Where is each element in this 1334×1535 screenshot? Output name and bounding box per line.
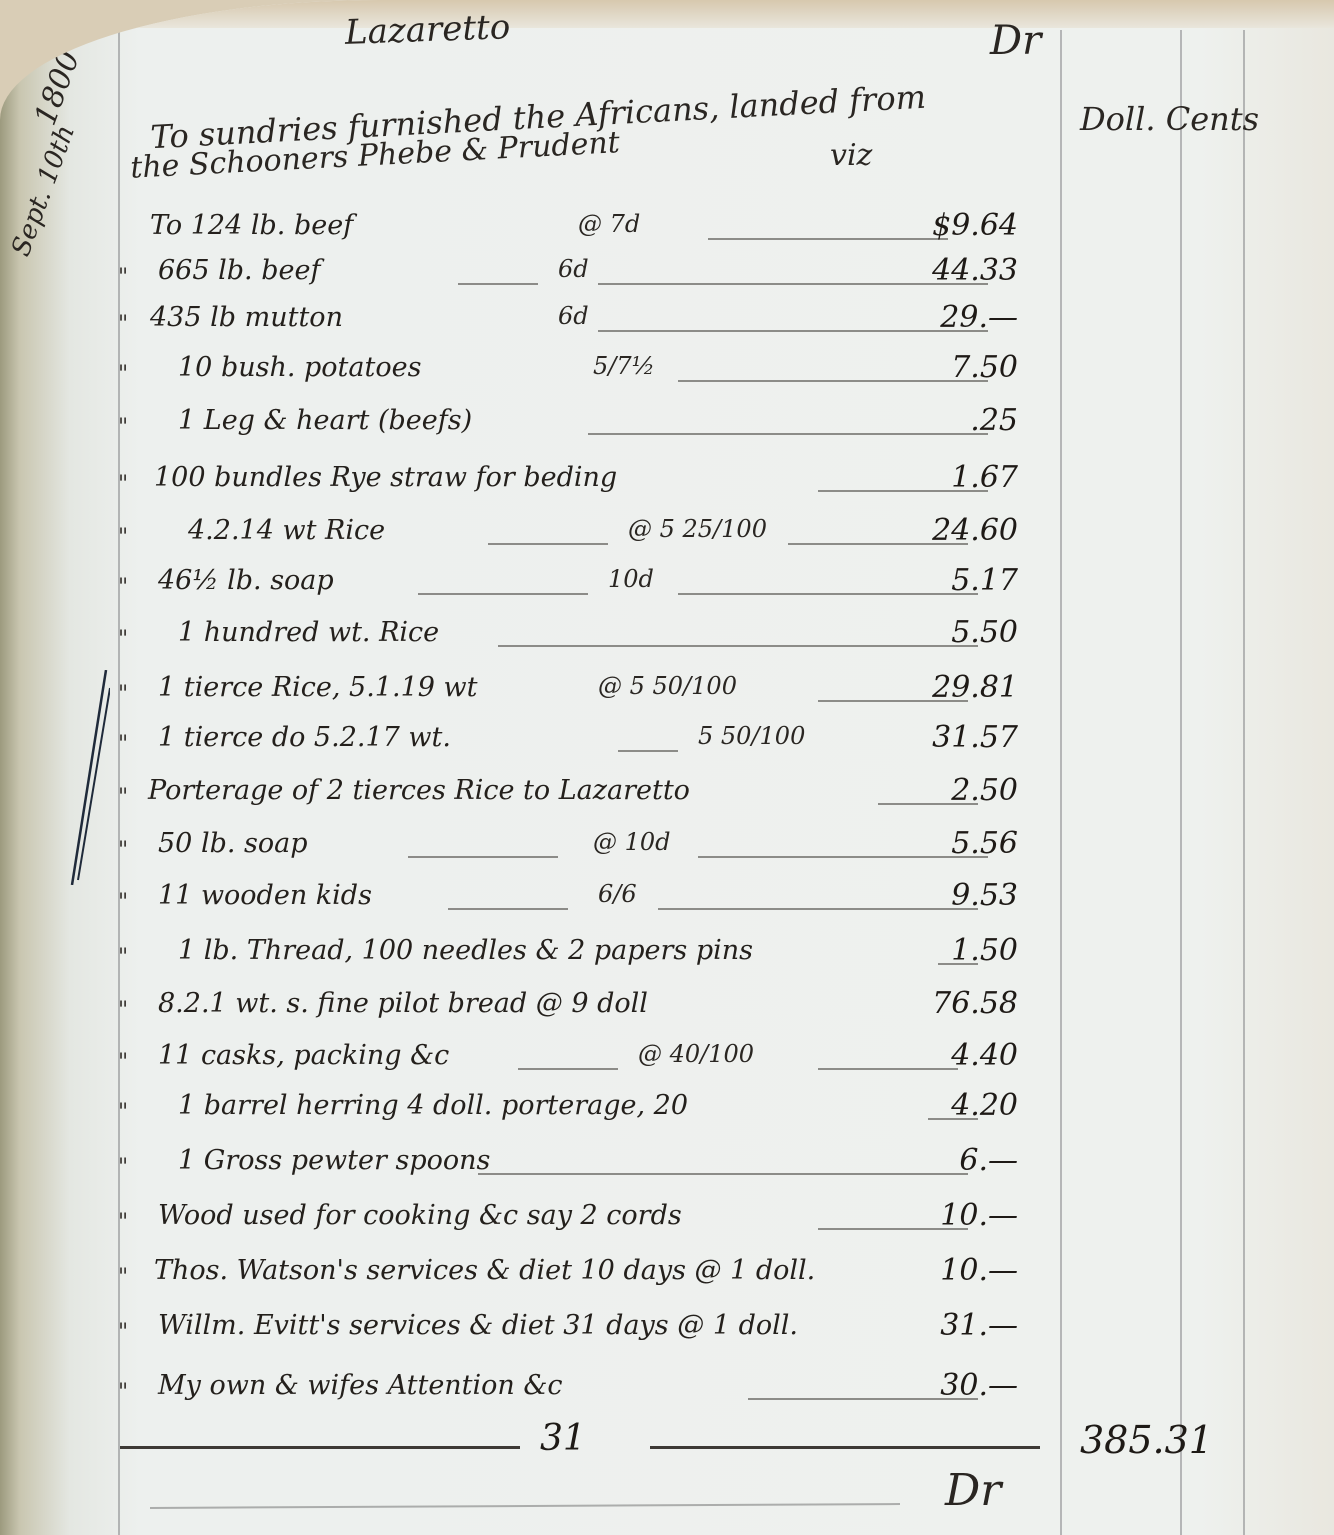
leader-line — [408, 856, 558, 858]
item-amount: 24.60 — [932, 513, 1018, 548]
ditto-mark: " — [118, 998, 128, 1023]
ledger-row: " Willm. Evitt's services & diet 31 days… — [118, 1310, 1048, 1350]
item-rate: @ 5 25/100 — [628, 515, 767, 543]
ditto-mark: " — [118, 1155, 128, 1180]
ledger-row: " 4.2.14 wt Rice @ 5 25/100 24.60 — [118, 515, 1048, 555]
next-entry-marker: Dr — [945, 1465, 1001, 1516]
leader-line — [458, 283, 538, 285]
entry-date: Sept. 10th — [6, 121, 81, 260]
item-rate: 6d — [558, 302, 589, 330]
ledger-row: " Porterage of 2 tierces Rice to Lazaret… — [118, 775, 1048, 815]
ledger-row: " 1 Gross pewter spoons 6.— — [118, 1145, 1048, 1185]
leader-line — [618, 750, 678, 752]
ledger-row: " 1 lb. Thread, 100 needles & 2 papers p… — [118, 935, 1048, 975]
item-amount: .25 — [970, 403, 1018, 438]
item-rate: 6d — [558, 255, 589, 283]
ledger-row: " 100 bundles Rye straw for beding 1.67 — [118, 462, 1048, 502]
item-description: 46½ lb. soap — [158, 565, 334, 596]
ledger-row: " Thos. Watson's services & diet 10 days… — [118, 1255, 1048, 1295]
ledger-row: To 124 lb. beef @ 7d $9.64 — [118, 210, 1048, 250]
item-rate: @ 5 50/100 — [598, 672, 737, 700]
right-column-rule — [1243, 30, 1245, 1535]
ditto-mark: " — [118, 1050, 128, 1075]
dollar-column-rule — [1060, 30, 1062, 1535]
ledger-title: Lazaretto — [344, 7, 510, 53]
ditto-mark: " — [118, 627, 128, 652]
item-description: 50 lb. soap — [158, 828, 308, 859]
item-description: 1 barrel herring 4 doll. porterage, 20 — [178, 1090, 688, 1121]
leader-line — [708, 238, 948, 240]
ditto-mark: " — [118, 265, 128, 290]
ledger-row: " 1 hundred wt. Rice 5.50 — [118, 617, 1048, 657]
item-rate: 5 50/100 — [698, 722, 805, 750]
ledger-row: " 1 Leg & heart (beefs) .25 — [118, 405, 1048, 445]
total-midline-figure: 31 — [540, 1418, 586, 1459]
leader-line — [418, 593, 588, 595]
ledger-row: " 8.2.1 wt. s. fine pilot bread @ 9 doll… — [118, 988, 1048, 1028]
ledger-row: " 50 lb. soap @ 10d 5.56 — [118, 828, 1048, 868]
item-rate: 10d — [608, 565, 654, 593]
item-description: Wood used for cooking &c say 2 cords — [158, 1200, 682, 1231]
ditto-mark: " — [118, 1380, 128, 1405]
item-amount: 10.— — [940, 1253, 1018, 1288]
item-amount: 29.81 — [932, 670, 1018, 705]
item-description: 1 hundred wt. Rice — [178, 617, 439, 648]
ledger-row: " 11 wooden kids 6/6 9.53 — [118, 880, 1048, 920]
item-amount: 29.— — [940, 300, 1018, 335]
item-description: 8.2.1 wt. s. fine pilot bread @ 9 doll — [158, 988, 648, 1019]
leader-line — [588, 433, 988, 435]
item-description: 4.2.14 wt Rice — [188, 515, 385, 546]
item-description: 1 Gross pewter spoons — [178, 1145, 490, 1176]
ledger-row: " 435 lb mutton 6d 29.— — [118, 302, 1048, 342]
column-header: Doll. Cents — [1080, 100, 1259, 138]
bracket-mark-icon — [70, 670, 110, 885]
ledger-row: " 1 tierce Rice, 5.1.19 wt @ 5 50/100 29… — [118, 672, 1048, 712]
debit-marker: Dr — [990, 18, 1041, 64]
item-amount: 5.17 — [951, 563, 1018, 598]
next-entry-rule — [150, 1503, 900, 1509]
item-description: My own & wifes Attention &c — [158, 1370, 563, 1401]
ditto-mark: " — [118, 838, 128, 863]
ledger-row: " 46½ lb. soap 10d 5.17 — [118, 565, 1048, 605]
leader-line — [498, 645, 978, 647]
ledger-page: Lazaretto Dr 1800 Sept. 10th To sundries… — [0, 0, 1334, 1535]
item-amount: 5.56 — [951, 826, 1018, 861]
item-amount: 10.— — [940, 1198, 1018, 1233]
total-rule-left — [120, 1446, 520, 1449]
item-description: 100 bundles Rye straw for beding — [154, 462, 617, 493]
ditto-mark: " — [118, 1320, 128, 1345]
leader-line — [818, 1068, 958, 1070]
ledger-row: " 665 lb. beef 6d 44.33 — [118, 255, 1048, 295]
item-amount: 4.20 — [951, 1088, 1018, 1123]
item-amount: 1.50 — [951, 933, 1018, 968]
ditto-mark: " — [118, 362, 128, 387]
item-amount: 1.67 — [951, 460, 1018, 495]
item-description: Willm. Evitt's services & diet 31 days @… — [158, 1310, 798, 1341]
item-amount: 9.53 — [951, 878, 1018, 913]
ledger-row: " 11 casks, packing &c @ 40/100 4.40 — [118, 1040, 1048, 1080]
leader-line — [678, 593, 978, 595]
ledger-row: " My own & wifes Attention &c 30.— — [118, 1370, 1048, 1410]
ditto-mark: " — [118, 525, 128, 550]
leader-line — [448, 908, 568, 910]
item-amount: 44.33 — [932, 253, 1018, 288]
item-description: Thos. Watson's services & diet 10 days @… — [154, 1255, 815, 1286]
item-amount: 6.— — [959, 1143, 1018, 1178]
item-rate: 6/6 — [598, 880, 637, 908]
ditto-mark: " — [118, 785, 128, 810]
leader-line — [488, 543, 608, 545]
item-amount: 2.50 — [951, 773, 1018, 808]
ditto-mark: " — [118, 1100, 128, 1125]
leader-line — [478, 1173, 968, 1175]
heading-viz: viz — [830, 138, 872, 173]
leader-line — [598, 330, 988, 332]
item-description: 11 casks, packing &c — [158, 1040, 449, 1071]
ledger-row: " 1 tierce do 5.2.17 wt. 5 50/100 31.57 — [118, 722, 1048, 762]
item-description: 435 lb mutton — [150, 302, 343, 333]
item-description: 665 lb. beef — [158, 255, 320, 286]
item-description: 1 lb. Thread, 100 needles & 2 papers pin… — [178, 935, 753, 966]
item-description: To 124 lb. beef — [150, 210, 353, 241]
cents-column-rule — [1180, 30, 1182, 1535]
ditto-mark: " — [118, 890, 128, 915]
item-rate: 5/7½ — [593, 352, 655, 380]
ditto-mark: " — [118, 312, 128, 337]
item-description: 1 tierce do 5.2.17 wt. — [158, 722, 451, 753]
ditto-mark: " — [118, 1265, 128, 1290]
leader-line — [518, 1068, 618, 1070]
item-description: 10 bush. potatoes — [178, 352, 421, 383]
ledger-row: " Wood used for cooking &c say 2 cords 1… — [118, 1200, 1048, 1240]
item-amount: 5.50 — [951, 615, 1018, 650]
leader-line — [698, 856, 988, 858]
leader-line — [658, 908, 978, 910]
ditto-mark: " — [118, 945, 128, 970]
ditto-mark: " — [118, 415, 128, 440]
item-amount: 30.— — [940, 1368, 1018, 1403]
item-amount: 31.57 — [932, 720, 1018, 755]
item-amount: 31.— — [940, 1308, 1018, 1343]
leader-line — [598, 283, 988, 285]
ditto-mark: " — [118, 1210, 128, 1235]
total-amount: 385.31 — [1080, 1418, 1213, 1462]
item-rate: @ 40/100 — [638, 1040, 754, 1068]
ledger-row: " 1 barrel herring 4 doll. porterage, 20… — [118, 1090, 1048, 1130]
ledger-row: " 10 bush. potatoes 5/7½ 7.50 — [118, 352, 1048, 392]
item-amount: $9.64 — [932, 208, 1018, 243]
item-amount: 76.58 — [932, 986, 1018, 1021]
item-description: 1 tierce Rice, 5.1.19 wt — [158, 672, 477, 703]
total-rule-right — [650, 1446, 1040, 1449]
ditto-mark: " — [118, 682, 128, 707]
ditto-mark: " — [118, 472, 128, 497]
entry-year: 1800 — [28, 46, 87, 130]
ditto-mark: " — [118, 732, 128, 757]
item-description: 1 Leg & heart (beefs) — [178, 405, 472, 436]
item-amount: 4.40 — [951, 1038, 1018, 1073]
page-edge — [0, 0, 1334, 28]
item-description: Porterage of 2 tierces Rice to Lazaretto — [148, 775, 690, 806]
item-description: 11 wooden kids — [158, 880, 372, 911]
item-rate: @ 10d — [593, 828, 671, 856]
leader-line — [678, 380, 988, 382]
item-rate: @ 7d — [578, 210, 640, 238]
item-amount: 7.50 — [951, 350, 1018, 385]
ditto-mark: " — [118, 575, 128, 600]
